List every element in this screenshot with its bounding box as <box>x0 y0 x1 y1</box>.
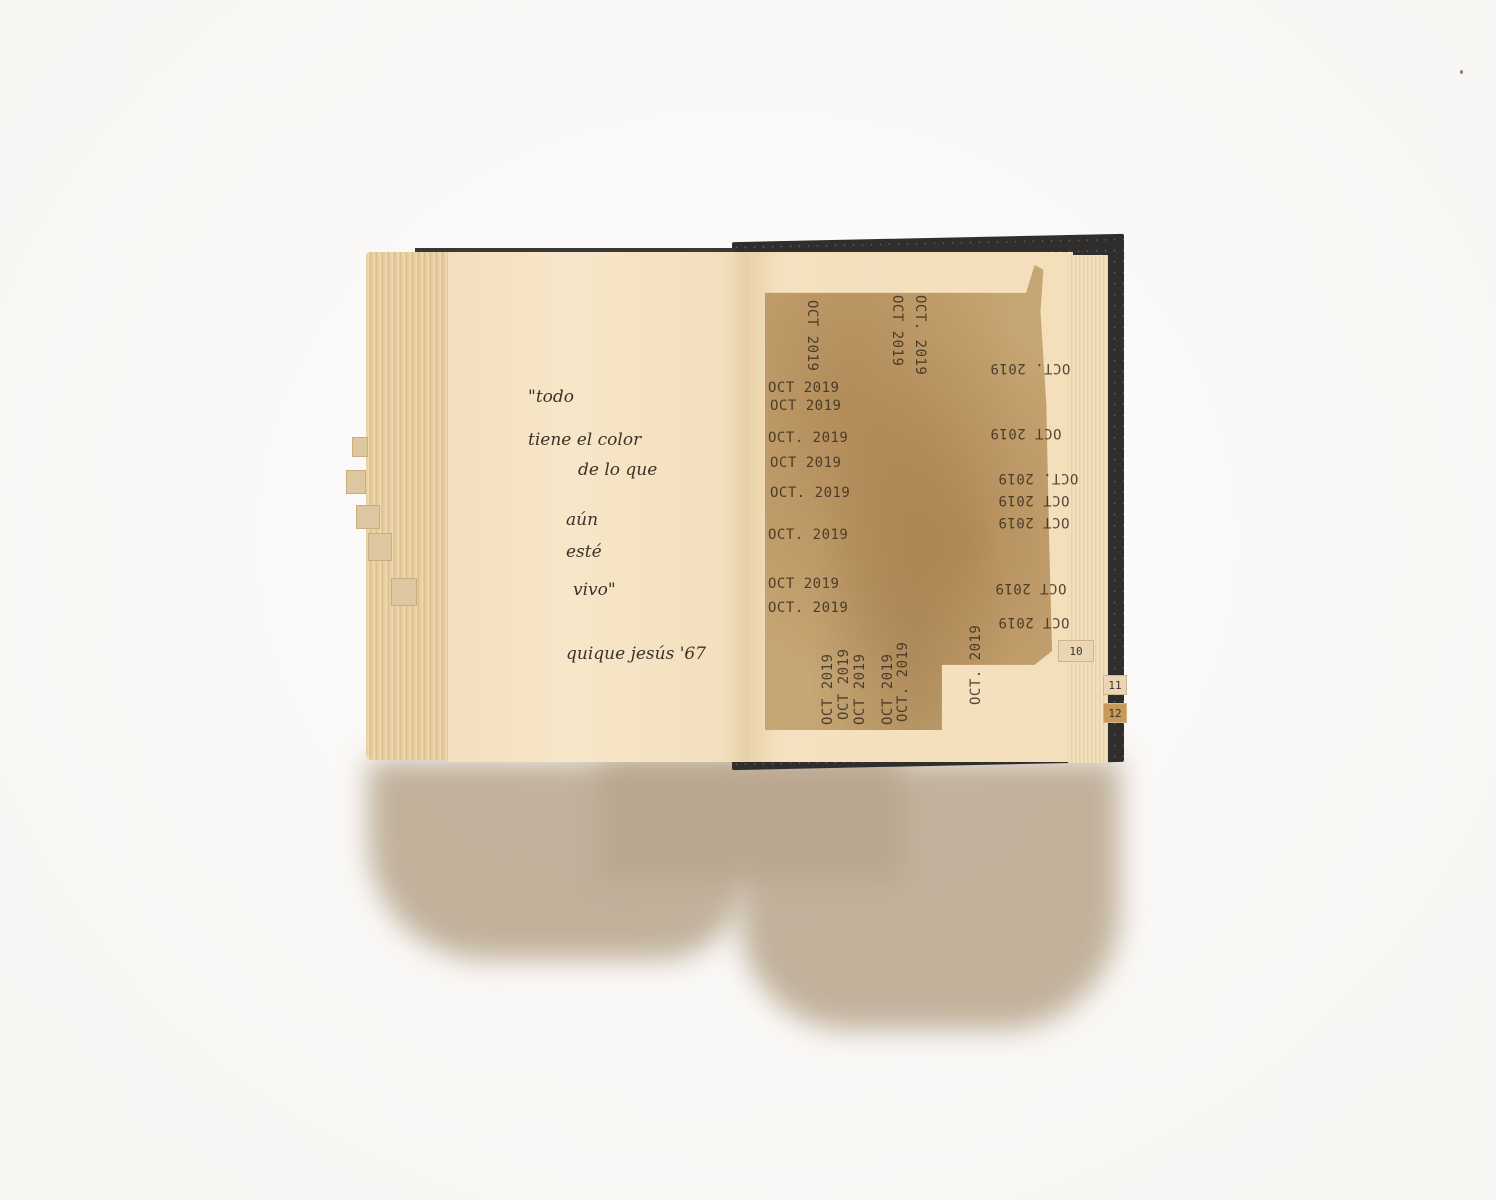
right-page-edges <box>1068 255 1108 763</box>
poem-line-4: aún <box>566 510 598 530</box>
poem-line-1: "todo <box>528 387 574 407</box>
date-stamp: OCT 2019 <box>998 514 1069 530</box>
dust-speck <box>1460 70 1463 74</box>
poem-line-2: tiene el color <box>528 430 641 450</box>
date-stamp: OCT. 2019 <box>998 470 1078 486</box>
date-stamp: OCT. 2019 <box>990 360 1070 376</box>
left-tab-5[interactable] <box>391 578 417 606</box>
date-stamp: OCT. 2019 <box>768 527 848 543</box>
left-tab-4[interactable] <box>368 533 392 561</box>
date-stamp: OCT. 2019 <box>968 625 984 705</box>
date-stamp: OCT 2019 <box>880 654 896 725</box>
date-stamp: OCT 2019 <box>804 300 820 371</box>
left-tab-3[interactable] <box>356 505 380 529</box>
poem-line-3: de lo que <box>578 460 657 480</box>
date-stamp: OCT 2019 <box>889 295 905 366</box>
date-stamp: OCT. 2019 <box>768 600 848 616</box>
date-stamp: OCT 2019 <box>836 649 852 720</box>
date-stamp: OCT 2019 <box>852 654 868 725</box>
date-stamp: OCT 2019 <box>820 654 836 725</box>
date-stamp: OCT. 2019 <box>912 295 928 375</box>
date-stamp: OCT 2019 <box>995 580 1066 596</box>
date-stamp: OCT 2019 <box>998 492 1069 508</box>
page-tab-11[interactable]: 11 <box>1103 675 1127 695</box>
date-stamp: OCT 2019 <box>770 455 841 471</box>
date-stamp: OCT. 2019 <box>768 430 848 446</box>
book-shadow-right <box>740 760 1120 1030</box>
poem-signature: quique jesús '67 <box>566 644 706 664</box>
date-stamp: OCT 2019 <box>990 425 1061 441</box>
date-stamp: OCT. 2019 <box>770 485 850 501</box>
poem-line-6: vivo" <box>573 580 616 600</box>
date-stamp: OCT 2019 <box>768 380 839 396</box>
date-stamp: OCT 2019 <box>998 614 1069 630</box>
poem-line-5: esté <box>566 542 602 562</box>
date-stamp: OCT. 2019 <box>895 642 911 722</box>
page-tab-10[interactable]: 10 <box>1058 640 1094 662</box>
left-tab-2[interactable] <box>346 470 366 494</box>
left-tab-1[interactable] <box>352 437 368 457</box>
date-stamp: OCT 2019 <box>770 398 841 414</box>
left-page: "todo tiene el color de lo que aún esté … <box>448 252 748 762</box>
page-tab-12[interactable]: 12 <box>1103 703 1127 723</box>
date-stamp: OCT 2019 <box>768 576 839 592</box>
